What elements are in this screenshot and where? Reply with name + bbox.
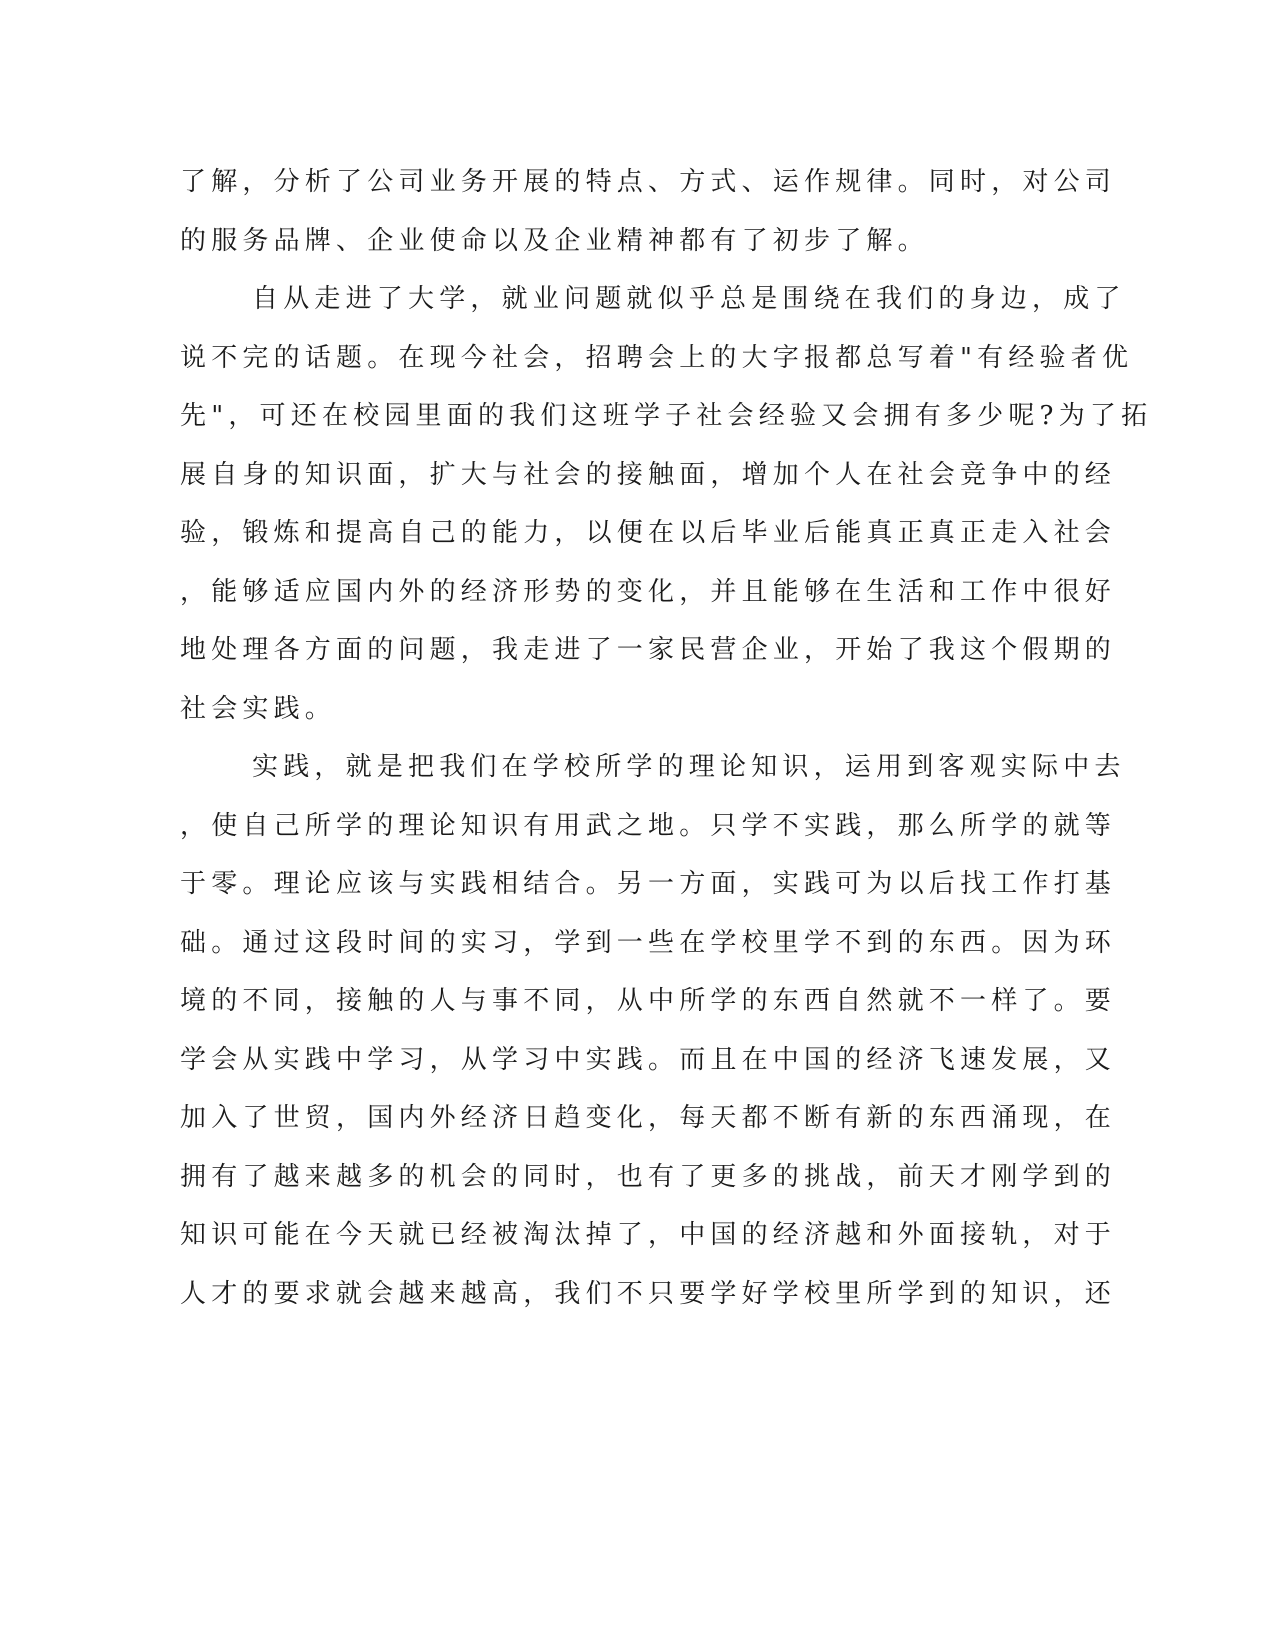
text-line: 先"，可还在校园里面的我们这班学子社会经验又会拥有多少呢?为了拓 bbox=[180, 394, 1040, 453]
text-line: 验，锻炼和提高自己的能力，以便在以后毕业后能真正真正走入社会 bbox=[180, 511, 1040, 570]
paragraph-3: 实践，就是把我们在学校所学的理论知识，运用到客观实际中去 ，使自己所学的理论知识… bbox=[180, 745, 1040, 1330]
document-body: 了解，分析了公司业务开展的特点、方式、运作规律。同时，对公司 的服务品牌、企业使… bbox=[180, 160, 1040, 1330]
paragraph-1: 了解，分析了公司业务开展的特点、方式、运作规律。同时，对公司 的服务品牌、企业使… bbox=[180, 160, 1040, 277]
text-line: 的服务品牌、企业使命以及企业精神都有了初步了解。 bbox=[180, 219, 1040, 278]
text-line: 于零。理论应该与实践相结合。另一方面，实践可为以后找工作打基 bbox=[180, 862, 1040, 921]
text-line: 人才的要求就会越来越高，我们不只要学好学校里所学到的知识，还 bbox=[180, 1272, 1040, 1331]
text-line: 社会实践。 bbox=[180, 687, 1040, 746]
document-page: 了解，分析了公司业务开展的特点、方式、运作规律。同时，对公司 的服务品牌、企业使… bbox=[0, 0, 1275, 1650]
text-line: 地处理各方面的问题，我走进了一家民营企业，开始了我这个假期的 bbox=[180, 628, 1040, 687]
text-line: 加入了世贸，国内外经济日趋变化，每天都不断有新的东西涌现，在 bbox=[180, 1096, 1040, 1155]
text-line: ，使自己所学的理论知识有用武之地。只学不实践，那么所学的就等 bbox=[180, 804, 1040, 863]
text-line: 学会从实践中学习，从学习中实践。而且在中国的经济飞速发展，又 bbox=[180, 1038, 1040, 1097]
text-line: 础。通过这段时间的实习，学到一些在学校里学不到的东西。因为环 bbox=[180, 921, 1040, 980]
paragraph-2: 自从走进了大学，就业问题就似乎总是围绕在我们的身边，成了 说不完的话题。在现今社… bbox=[180, 277, 1040, 745]
text-line: 境的不同，接触的人与事不同，从中所学的东西自然就不一样了。要 bbox=[180, 979, 1040, 1038]
text-line: 展自身的知识面，扩大与社会的接触面，增加个人在社会竞争中的经 bbox=[180, 453, 1040, 512]
text-line: ，能够适应国内外的经济形势的变化，并且能够在生活和工作中很好 bbox=[180, 570, 1040, 629]
text-line: 拥有了越来越多的机会的同时，也有了更多的挑战，前天才刚学到的 bbox=[180, 1155, 1040, 1214]
text-line: 说不完的话题。在现今社会，招聘会上的大字报都总写着"有经验者优 bbox=[180, 336, 1040, 395]
text-line: 知识可能在今天就已经被淘汰掉了，中国的经济越和外面接轨，对于 bbox=[180, 1213, 1040, 1272]
text-line: 了解，分析了公司业务开展的特点、方式、运作规律。同时，对公司 bbox=[180, 160, 1040, 219]
text-line: 实践，就是把我们在学校所学的理论知识，运用到客观实际中去 bbox=[180, 745, 1040, 804]
text-line: 自从走进了大学，就业问题就似乎总是围绕在我们的身边，成了 bbox=[180, 277, 1040, 336]
